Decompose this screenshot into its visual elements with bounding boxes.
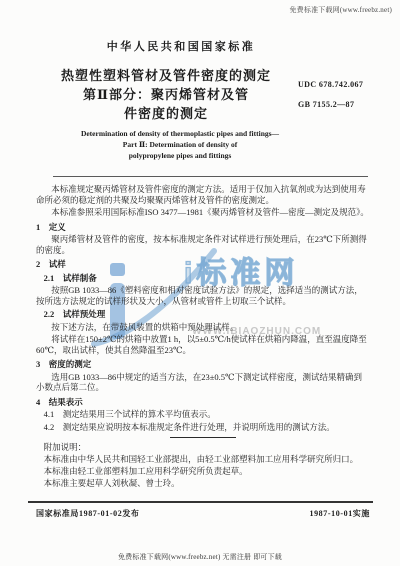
section4-heading: 4 结果表示 bbox=[36, 397, 369, 408]
appendix-heading: 附加说明： bbox=[36, 442, 369, 453]
udc-number: UDC 678.742.067 bbox=[298, 80, 398, 89]
appendix-line-1: 本标准由中华人民共和国轻工业部提出，由轻工业部塑料加工应用科学研究所归口。 bbox=[36, 454, 369, 465]
intro-paragraph-1: 本标准规定聚丙烯管材及管件密度的测定方法。适用于仅加入抗氧剂或为达到使用寿命所必… bbox=[36, 184, 369, 205]
document-title-en: Determination of density of thermoplasti… bbox=[40, 128, 320, 161]
section1-heading: 1 定义 bbox=[36, 222, 369, 233]
section2-1-heading: 2.1 试样制备 bbox=[36, 273, 369, 284]
document-title-zh: 热塑性塑料管材及管件密度的测定 第Ⅱ部分：聚丙烯管材及管 件密度的测定 bbox=[40, 66, 292, 123]
footer-divider bbox=[28, 501, 373, 503]
standard-numbers: UDC 678.742.067 GB 7155.2—87 bbox=[298, 80, 398, 109]
section2-2-paragraph-2: 将试样在150±2℃的烘箱中放置1 h，以5±0.5℃/h使试样在烘箱内降温，直… bbox=[36, 334, 369, 355]
standard-code: GB 7155.2—87 bbox=[298, 100, 398, 109]
footer-effective-date: 1987-10-01实施 bbox=[309, 508, 370, 519]
title-en-line3: polypropylene pipes and fittings bbox=[40, 150, 320, 161]
title-en-line1: Determination of density of thermoplasti… bbox=[40, 128, 320, 139]
standard-document-page: 免费标准下载网(www.freebz.net) 中华人民共和国国家标准 热塑性塑… bbox=[0, 0, 400, 566]
national-standard-header: 中华人民共和国国家标准 bbox=[0, 38, 362, 54]
title-en-line2: Part Ⅱ: Determination of density of bbox=[40, 139, 320, 150]
section2-2-heading: 2.2 试样预处理 bbox=[36, 309, 369, 320]
appendix-line-3: 本标准主要起草人刘秋凝、曾士玲。 bbox=[36, 478, 369, 489]
section3-heading: 3 密度的测定 bbox=[36, 359, 369, 370]
section1-paragraph: 聚丙烯管材及管件的密度，按本标准规定条件对试样进行预处理后，在23℃下所测得的密… bbox=[36, 234, 369, 255]
document-body: 本标准规定聚丙烯管材及管件密度的测定方法。适用于仅加入抗氧剂或为达到使用寿命所必… bbox=[36, 184, 369, 490]
bottom-watermark-note: 免费标准下载网(www.freebz.net) 无需注册 即可下载 bbox=[0, 552, 400, 562]
header-divider bbox=[53, 176, 368, 177]
section2-2-paragraph-1: 按下述方法，在带鼓风装置的烘箱中预处理试样。 bbox=[36, 322, 369, 333]
title-zh-line2: 第Ⅱ部分：聚丙烯管材及管 bbox=[40, 85, 292, 104]
section4-item-41: 4.1 测定结果用三个试样的算术平均值表示。 bbox=[36, 409, 369, 420]
appendix-divider bbox=[170, 437, 236, 438]
section3-paragraph: 选用GB 1033—86中规定的适当方法，在23±0.5℃下测定试样密度，测试结… bbox=[36, 372, 369, 393]
title-zh-line1: 热塑性塑料管材及管件密度的测定 bbox=[40, 66, 292, 85]
intro-paragraph-2: 本标准参照采用国际标准ISO 3477—1981《聚丙烯管材及管件—密度—测定及… bbox=[36, 207, 369, 218]
section4-item-42: 4.2 测定结果应说明按本标准规定条件进行处理，并说明所选用的测试方法。 bbox=[36, 422, 369, 433]
appendix-line-2: 本标准由轻工业部塑料加工应用科学研究所负责起草。 bbox=[36, 466, 369, 477]
top-watermark-note: 免费标准下载网(www.freebz.net) bbox=[289, 5, 392, 15]
section2-heading: 2 试样 bbox=[36, 259, 369, 270]
section2-1-paragraph: 按照GB 1033—86《塑料密度和相对密度试验方法》的规定，选择适当的测试方法… bbox=[36, 285, 369, 306]
title-zh-line3: 件密度的测定 bbox=[40, 104, 292, 123]
footer-issued-date: 国家标准局1987-01-02发布 bbox=[36, 508, 140, 519]
